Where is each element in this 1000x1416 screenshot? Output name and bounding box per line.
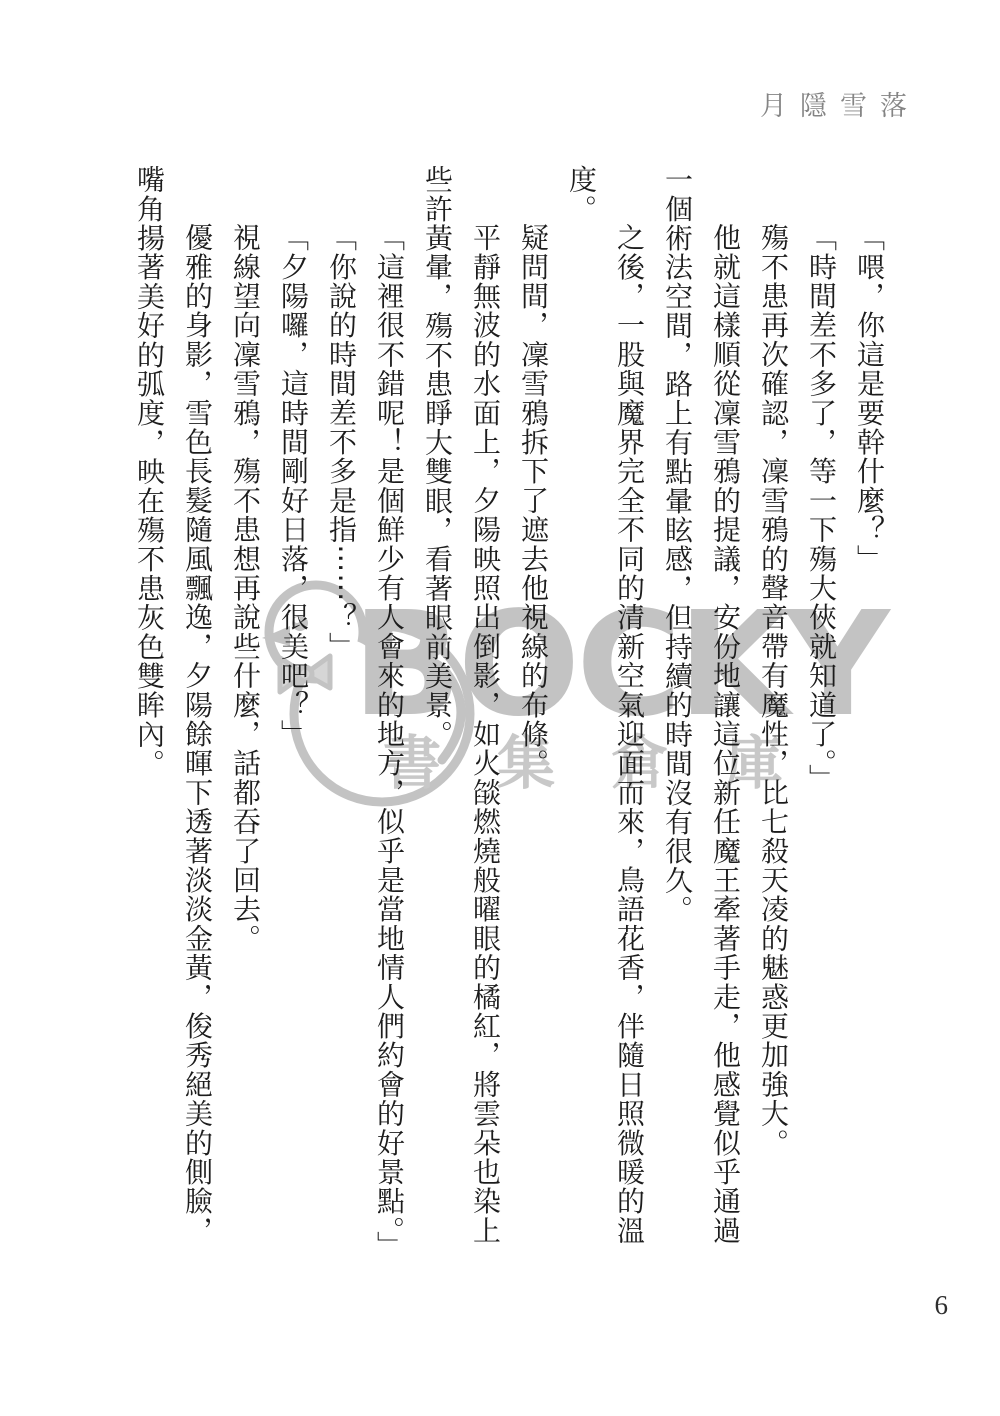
running-header-title: 月隱雪落: [760, 84, 920, 123]
text-column: 「你說的時間差不多是指⋯⋯？」: [316, 165, 364, 1245]
text-column: 他就這樣順從凜雪鴉的提議，安份地讓這位新任魔王牽著手走，他感覺似乎通過: [700, 165, 748, 1245]
text-column: 「時間差不多了，等一下殤大俠就知道了。」: [796, 165, 844, 1245]
text-column: 度。: [556, 165, 604, 1245]
text-column: 疑問間，凜雪鴉拆下了遮去他視線的布條。: [508, 165, 556, 1245]
text-column: 些許黃暈，殤不患睜大雙眼，看著眼前美景。: [412, 165, 460, 1245]
text-columns: 「喂，你這是要幹什麼？」「時間差不多了，等一下殤大俠就知道了。」殤不患再次確認，…: [100, 165, 892, 1245]
text-column: 平靜無波的水面上，夕陽映照出倒影，如火燄燃燒般曜眼的橘紅，將雲朵也染上: [460, 165, 508, 1245]
text-column: 嘴角揚著美好的弧度，映在殤不患灰色雙眸內。: [124, 165, 172, 1245]
text-column: 優雅的身影，雪色長髮隨風飄逸，夕陽餘暉下透著淡淡金黃，俊秀絕美的側臉，: [172, 165, 220, 1245]
book-page: 月隱雪落 BOCKY 書集倉庫 「喂，你這是要幹什麼？」「時間差不多了，等一下殤…: [0, 0, 1000, 1416]
text-column: 之後，一股與魔界完全不同的清新空氣迎面而來，鳥語花香，伴隨日照微暖的溫: [604, 165, 652, 1245]
text-column: 視線望向凜雪鴉，殤不患想再說些什麼，話都吞了回去。: [220, 165, 268, 1245]
text-column: 「喂，你這是要幹什麼？」: [844, 165, 892, 1245]
text-column: 一個術法空間，路上有點暈眩感，但持續的時間沒有很久。: [652, 165, 700, 1245]
text-column: 「這裡很不錯呢！是個鮮少有人會來的地方，似乎是當地情人們約會的好景點。」: [364, 165, 412, 1245]
text-column: 「夕陽囉，這時間剛好日落，很美吧？」: [268, 165, 316, 1245]
text-column: 殤不患再次確認，凜雪鴉的聲音帶有魔性，比七殺天凌的魅惑更加強大。: [748, 165, 796, 1245]
page-number: 6: [935, 1290, 949, 1321]
